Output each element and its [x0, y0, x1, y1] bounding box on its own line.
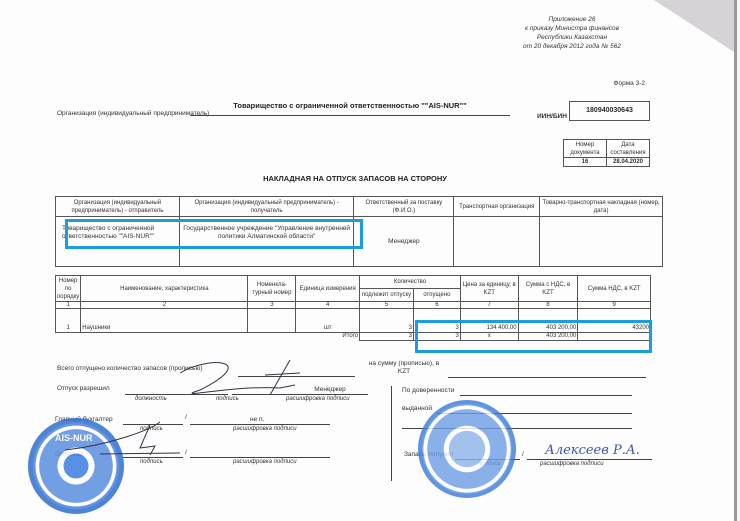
col-quantity-header: Количество	[360, 276, 461, 289]
highlight-amounts	[415, 320, 652, 353]
item-num: 1	[56, 309, 81, 333]
released-decoding-caption: расшифровка подписи	[233, 459, 297, 465]
form-number: Форма 3-2	[614, 80, 645, 87]
organization-value: Товарищество с ограниченной ответственно…	[190, 101, 510, 116]
waybill-value	[540, 217, 663, 267]
receiver-header: Организация (индивидуальный предпринимат…	[179, 197, 354, 217]
receiver-signature: Алексеев Р.А.	[545, 443, 640, 458]
col-vat-header: Сумма НДС, в KZT	[578, 276, 651, 302]
government-stamp	[418, 400, 516, 498]
slash: /	[522, 451, 524, 458]
received-decoding-caption: расшифровка подписи	[540, 461, 604, 467]
chief-decoding-line	[190, 424, 330, 425]
transport-header: Транспортная организация	[454, 197, 540, 217]
received-decoding-line	[527, 459, 652, 460]
col-nomenclature-header: Номенкла-турный номер	[248, 276, 296, 302]
bin-label: ИИН/БИН	[537, 113, 567, 120]
responsible-header: Ответственный за поставку (Ф.И.О.)	[354, 197, 454, 217]
col-index: 7	[460, 302, 518, 309]
col-to-release-header: подлежит отпуску	[360, 289, 414, 302]
released-decoding-line	[190, 457, 330, 458]
item-unit: шт	[296, 309, 360, 333]
total-label: Итого	[296, 333, 360, 341]
responsible-value: Менеджер	[354, 217, 454, 267]
position-caption: должность	[135, 396, 167, 402]
appendix-line: Республики Казахстан	[497, 33, 647, 42]
col-index: 6	[413, 302, 460, 309]
col-index: 5	[360, 302, 414, 309]
chief-decoding-value: не п.	[250, 416, 264, 423]
col-num-header: Номер по порядку	[56, 276, 81, 302]
organization-label: Организация (индивидуальный предпринимат…	[57, 110, 209, 117]
sum-line	[448, 377, 646, 378]
appendix-note: Приложение 26 к приказу Министра финансо…	[497, 15, 647, 51]
release-allowed-label: Отпуск разрешил	[57, 385, 110, 392]
col-index: 2	[81, 302, 248, 309]
col-released-header: отпущено	[413, 289, 460, 302]
col-sumvat-header: Сумма с НДС, в KZT	[518, 276, 578, 302]
issued-label: выданной	[402, 405, 432, 412]
col-index: 3	[248, 302, 296, 309]
appendix-line: Приложение 26	[497, 15, 647, 24]
power-of-attorney-line	[460, 395, 632, 396]
col-unit-header: Единица измерения	[296, 276, 360, 302]
item-name: Наушники	[81, 309, 248, 333]
waybill-header: Товарно-транспортная накладная (номер, д…	[540, 197, 663, 217]
col-price-header: Цена за единицу, в KZT	[460, 276, 518, 302]
item-nomenclature	[248, 309, 296, 333]
appendix-line: к приказу Министра финансов	[497, 24, 647, 33]
item-to-release: 3	[360, 309, 414, 333]
document-page: Приложение 26 к приказу Министра финансо…	[0, 0, 737, 521]
page-fold-corner	[654, 0, 734, 52]
release-signature-scribble	[170, 355, 400, 405]
chief-signature-scribble	[60, 420, 200, 460]
doc-date: 28.04.2020	[607, 158, 650, 167]
document-number-table: Номер документа Дата составления 16 28.0…	[563, 139, 650, 167]
total-to-release: 3	[360, 333, 414, 341]
doc-number-header: Номер документа	[564, 140, 607, 158]
transport-value	[454, 217, 540, 267]
power-of-attorney-label: По доверенности	[402, 387, 454, 394]
page-edge	[734, 0, 737, 521]
sender-header: Организация (индивидуальный предпринимат…	[56, 197, 180, 217]
doc-number: 16	[564, 158, 607, 167]
col-name-header: Наименование, характеристика	[81, 276, 248, 302]
bin-value: 180940030643	[569, 101, 650, 121]
col-index: 1	[56, 302, 81, 309]
doc-date-header: Дата составления	[607, 140, 650, 158]
col-index: 4	[296, 302, 360, 309]
col-index: 8	[518, 302, 578, 309]
chief-decoding-caption: расшифровка подписи	[233, 426, 297, 432]
document-title: НАКЛАДНАЯ НА ОТПУСК ЗАПАСОВ НА СТОРОНУ	[230, 174, 480, 183]
appendix-line: от 20 декабря 2012 года № 562	[497, 42, 647, 51]
highlight-parties	[65, 219, 363, 249]
col-index: 9	[578, 302, 651, 309]
